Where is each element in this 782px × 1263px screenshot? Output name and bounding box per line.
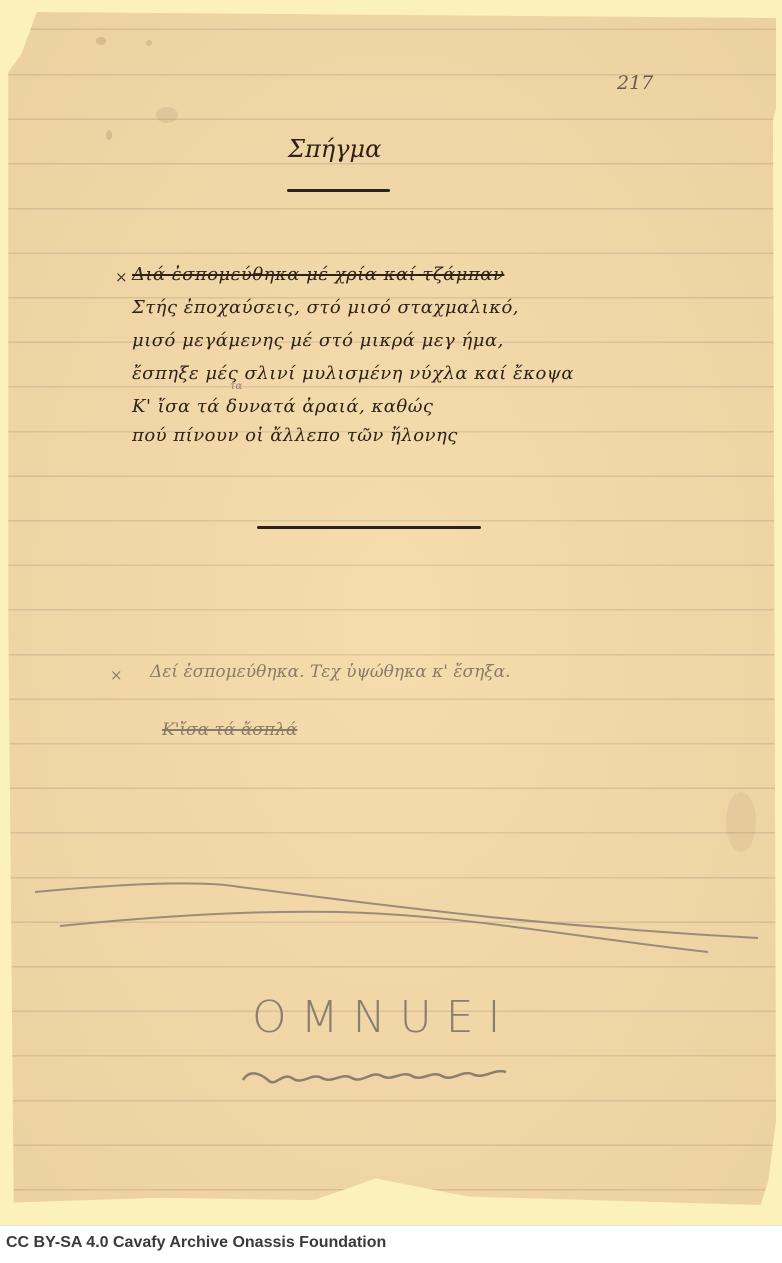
manuscript-viewer: 217 Σπήγμα × Διά ἐσπομεύθηκα μέ χρία καί… (0, 0, 782, 1225)
squiggle-underline (243, 1071, 506, 1082)
pencil-stroke-lower (60, 912, 708, 952)
license-caption: CC BY-SA 4.0 Cavafy Archive Onassis Foun… (6, 1234, 386, 1252)
pencil-inscription: ΟΜΝUΕΙ (252, 992, 515, 1043)
license-caption-bar: CC BY-SA 4.0 Cavafy Archive Onassis Foun… (0, 1225, 782, 1263)
pencil-stroke-upper (35, 883, 758, 938)
